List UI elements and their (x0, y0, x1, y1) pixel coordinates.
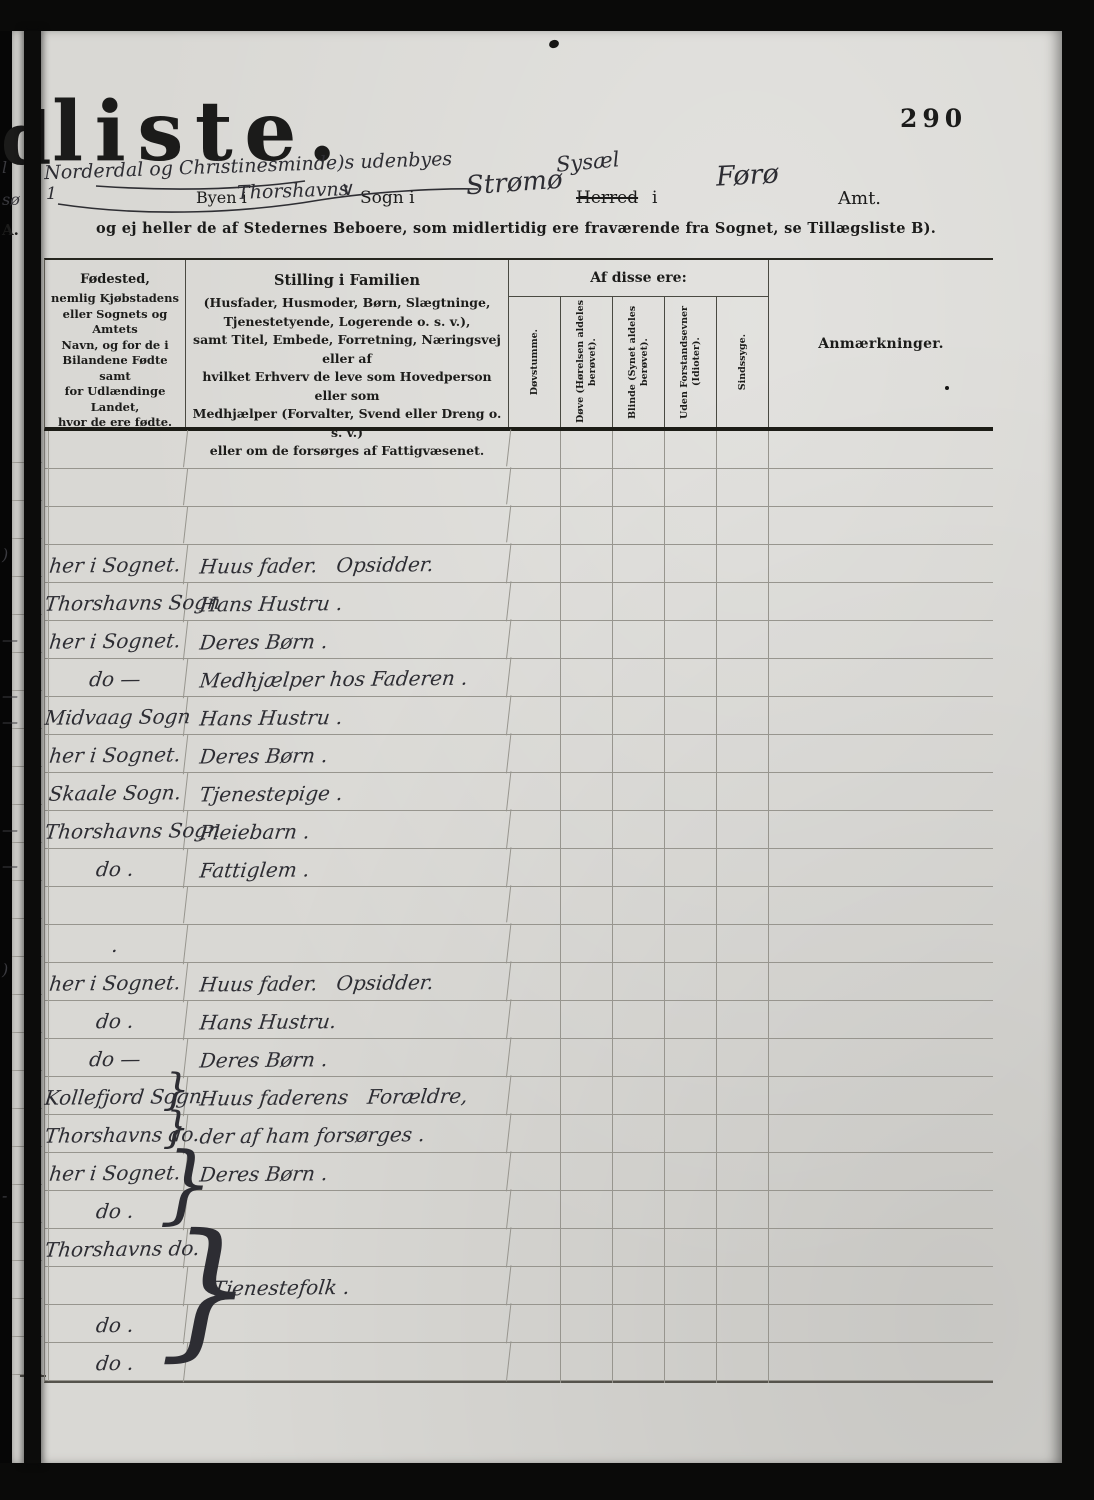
header-narrow-column: Blinde (Synet aldeles berøvet). (613, 297, 665, 427)
remarks-cell (769, 1229, 993, 1269)
table-row: do .Fattiglem . (45, 849, 993, 887)
birthplace-cell (43, 430, 188, 468)
tally-cell (717, 963, 769, 1003)
position-cell: Deres Børn . (184, 1151, 512, 1194)
tally-cell (613, 963, 665, 1003)
tally-cell (665, 1153, 717, 1193)
tally-cell (717, 1191, 769, 1231)
table-row: her i Sognet.Deres Børn . (45, 621, 993, 659)
tally-cell (665, 1191, 717, 1231)
position-cell: der af ham forsørges . (184, 1113, 512, 1156)
tally-cell (665, 1267, 717, 1307)
birthplace-cell: Thorshavns Sogn (43, 810, 189, 851)
tally-cell (561, 697, 613, 737)
header-birthplace-line: nemlig Kjøbstadens (45, 291, 185, 307)
tally-cell (665, 697, 717, 737)
birthplace-cell: her i Sognet. (43, 962, 189, 1003)
tally-cell (509, 735, 561, 775)
tally-cell (665, 849, 717, 889)
header-position-l3a: samt (193, 332, 232, 347)
tally-cell (613, 811, 665, 851)
tally-cell (509, 659, 561, 699)
header-birthplace-line: Bilandene Fødte samt (45, 353, 185, 384)
tally-cell (509, 621, 561, 661)
note-text: og ej heller de af Stedernes Beboere, so… (96, 220, 936, 237)
tally-cell (561, 1229, 613, 1269)
table-row: Midvaag SognHans Hustru . (45, 697, 993, 735)
tally-cell (665, 773, 717, 813)
tally-cell (665, 1039, 717, 1079)
tally-cell (665, 431, 717, 468)
tally-cell (717, 773, 769, 813)
birthplace-cell: her i Sognet. (43, 734, 189, 775)
tally-cell (509, 1077, 561, 1117)
header-narrow-column: Uden Forstandsevner (Idioter). (665, 297, 717, 427)
remarks-cell (769, 1191, 993, 1231)
header-birthplace: Fødested, nemlig Kjøbstadenseller Sognet… (45, 260, 186, 427)
tally-cell (717, 621, 769, 661)
header-af-disse-ere: Af disse ere: (509, 260, 769, 297)
tally-cell (613, 659, 665, 699)
tally-cell (717, 1039, 769, 1079)
margin-fragment: — (2, 856, 18, 875)
table-row: her i Sognet.Huus fader. Opsidder. (45, 545, 993, 583)
birthplace-cell (43, 506, 188, 544)
tally-cell (561, 773, 613, 813)
header-position-l2: Tjenestetyende, Logerende o. s. v.), (224, 314, 471, 329)
remarks-cell (769, 887, 993, 924)
book-binding-shadow (24, 31, 41, 1463)
tally-cell (665, 545, 717, 585)
tally-cell (717, 1153, 769, 1193)
tally-cell (613, 773, 665, 813)
tally-cell (665, 1001, 717, 1041)
tally-cell (509, 963, 561, 1003)
remarks-cell (769, 1343, 993, 1383)
tally-cell (509, 1305, 561, 1345)
tally-cell (717, 925, 769, 965)
tally-cell (509, 773, 561, 813)
birthplace-cell (43, 468, 188, 506)
table-row: her i Sognet.Deres Børn . (45, 735, 993, 773)
table-row: do .Hans Hustru. (45, 1001, 993, 1039)
birthplace-cell: Midvaag Sogn (43, 696, 189, 737)
tally-cell (561, 963, 613, 1003)
birthplace-cell: do — (43, 658, 189, 699)
birthplace-cell: do . (43, 848, 189, 889)
remarks-cell (769, 621, 993, 661)
table-row: her i Sognet.Huus fader. Opsidder. (45, 963, 993, 1001)
position-cell: Medhjælper hos Faderen . (184, 657, 512, 700)
header-position-l3b: Titel, Embede, Forretning, Næringsvej el… (232, 332, 501, 366)
tally-cell (509, 1001, 561, 1041)
tally-cell (613, 1191, 665, 1231)
tally-cell (509, 545, 561, 585)
tally-cell (509, 1115, 561, 1155)
tally-cell (613, 697, 665, 737)
tally-cell (665, 583, 717, 623)
birthplace-cell: her i Sognet. (43, 544, 189, 585)
tally-cell (665, 659, 717, 699)
tally-cell (561, 735, 613, 775)
census-table: Fødested, nemlig Kjøbstadenseller Sognet… (44, 258, 993, 1383)
header-narrow-column-label: Blinde (Synet aldeles berøvet). (627, 300, 651, 424)
tally-cell (509, 1191, 561, 1231)
tally-cell (665, 735, 717, 775)
position-cell: Deres Børn . (184, 733, 512, 776)
handwritten-town: Thorshavns (237, 178, 349, 204)
tally-cell (613, 1229, 665, 1269)
table-row: do —Medhjælper hos Faderen . (45, 659, 993, 697)
remarks-cell (769, 735, 993, 775)
header-narrow-column-label: Døvstumme. (529, 329, 541, 395)
remarks-cell (769, 1153, 993, 1193)
tally-cell (665, 1115, 717, 1155)
tally-cell (561, 1343, 613, 1383)
position-cell: Hans Hustru. (184, 999, 512, 1042)
position-cell: Hans Hustru . (184, 695, 512, 738)
margin-fragment: - (2, 1186, 7, 1205)
tally-cell (561, 849, 613, 889)
birthplace-cell (43, 886, 188, 924)
tally-cell (717, 431, 769, 468)
insertion-caret: ∨ (341, 178, 355, 200)
tally-cell (561, 621, 613, 661)
tally-cell (509, 507, 561, 544)
header-position-l4a: hvilket Erhverv de leve (202, 369, 362, 384)
remarks-cell (769, 583, 993, 623)
header-position-l1: (Husfader, Husmoder, Børn, Slægtninge, (204, 295, 491, 310)
scanned-census-page: d liste. 290 Norderdal og Christinesmind… (0, 0, 1094, 1500)
position-cell: Fattiglem . (184, 847, 512, 890)
position-cell (184, 429, 512, 469)
birthplace-cell: Skaale Sogn. (43, 772, 189, 813)
tally-cell (665, 1305, 717, 1345)
tally-cell (509, 887, 561, 924)
header-narrow-column-label: Sindssyge. (737, 334, 749, 390)
remarks-cell (769, 431, 993, 468)
remarks-cell (769, 1305, 993, 1345)
remarks-cell (769, 1267, 993, 1307)
tally-cell (561, 887, 613, 924)
header-birthplace-line: hvor de ere fødte. (45, 415, 185, 431)
tally-cell (509, 1267, 561, 1307)
tally-cell (509, 431, 561, 468)
tally-cell (665, 925, 717, 965)
table-row (45, 469, 993, 507)
margin-fragment: — (2, 686, 18, 705)
birthplace-cell: . (43, 924, 189, 965)
tally-cell (665, 507, 717, 544)
tally-cell (613, 1267, 665, 1307)
header-narrow-column-label: Uden Forstandsevner (Idioter). (679, 300, 703, 424)
tally-cell (613, 1001, 665, 1041)
tally-cell (717, 735, 769, 775)
header-birthplace-line: eller Sognets og Amtets (45, 307, 185, 338)
tally-cell (717, 1267, 769, 1307)
tally-cell (509, 849, 561, 889)
birthplace-cell: Thorshavns Sogn (43, 582, 189, 623)
tally-cell (509, 1153, 561, 1193)
tally-cell (509, 1343, 561, 1383)
table-row: Thorshavns SognPleiebarn . (45, 811, 993, 849)
position-cell: Hans Hustru . (184, 581, 512, 624)
grouping-brace: } (159, 1223, 193, 1356)
table-header: Fødested, nemlig Kjøbstadenseller Sognet… (44, 258, 993, 431)
position-cell: Tjenestepige . (184, 771, 512, 814)
tally-cell (665, 887, 717, 924)
tally-cell (561, 583, 613, 623)
tally-cell (613, 621, 665, 661)
tally-cell (561, 811, 613, 851)
handwritten-amt-name: Førø (715, 158, 779, 192)
handwriting-flourish (0, 148, 780, 218)
tally-cell (561, 659, 613, 699)
header-birthplace-line: Navn, og for de i (45, 338, 185, 354)
tally-cell (509, 1039, 561, 1079)
remarks-cell (769, 1115, 993, 1155)
remarks-cell (769, 849, 993, 889)
margin-fragment: ) (2, 545, 8, 564)
tally-cell (561, 1305, 613, 1345)
tally-cell (613, 1039, 665, 1079)
tally-cell (717, 697, 769, 737)
tally-cell (613, 469, 665, 506)
tally-cell (561, 469, 613, 506)
tally-cell (665, 811, 717, 851)
tally-cell (561, 1153, 613, 1193)
position-cell (184, 505, 512, 545)
tally-cell (717, 583, 769, 623)
header-birthplace-lines: nemlig Kjøbstadenseller Sognets og Amtet… (45, 291, 185, 431)
tally-cell (717, 1077, 769, 1117)
position-cell (184, 467, 512, 507)
tally-cell (717, 659, 769, 699)
remarks-cell (769, 1001, 993, 1041)
birthplace-cell: her i Sognet. (43, 620, 189, 661)
remarks-cell (769, 507, 993, 544)
scan-border-right (1062, 0, 1094, 1500)
tally-cell (613, 583, 665, 623)
remarks-cell (769, 545, 993, 585)
note-prefix: A. (2, 221, 19, 239)
tally-cell (561, 1077, 613, 1117)
scan-border-bottom (0, 1463, 1094, 1500)
tally-cell (717, 469, 769, 506)
table-row: Skaale Sogn.Tjenestepige . (45, 773, 993, 811)
tally-cell (613, 431, 665, 468)
tally-cell (613, 925, 665, 965)
tally-cell (561, 925, 613, 965)
tally-cell (509, 697, 561, 737)
tally-cell (509, 925, 561, 965)
tally-cell (717, 1001, 769, 1041)
table-row: Thorshavns SognHans Hustru . (45, 583, 993, 621)
tally-cell (613, 507, 665, 544)
header-narrow-column: Døvstumme. (509, 297, 561, 427)
position-cell: Huus fader. Opsidder. (184, 961, 512, 1004)
page-number: 290 (900, 104, 967, 133)
position-cell: Deres Børn . (184, 619, 512, 662)
table-body: her i Sognet.Huus fader. Opsidder.Thorsh… (44, 431, 993, 1383)
remarks-cell (769, 469, 993, 506)
remarks-cell (769, 925, 993, 965)
position-cell (184, 923, 512, 966)
tally-cell (665, 963, 717, 1003)
tally-cell (665, 621, 717, 661)
header-remarks: Anmærkninger. (769, 260, 993, 427)
tally-cell (613, 735, 665, 775)
remarks-cell (769, 659, 993, 699)
margin-fragment: — (2, 820, 18, 839)
remarks-cell (769, 773, 993, 813)
scan-border-top (0, 0, 1094, 31)
tally-cell (665, 469, 717, 506)
tally-cell (509, 1229, 561, 1269)
tally-cell (613, 1153, 665, 1193)
tally-cell (717, 887, 769, 924)
tally-cell (561, 431, 613, 468)
tally-cell (717, 545, 769, 585)
birthplace-cell: do . (43, 1000, 189, 1041)
tally-cell (717, 849, 769, 889)
tally-cell (561, 545, 613, 585)
position-cell: Huus fader. Opsidder. (184, 543, 512, 586)
tally-cell (613, 849, 665, 889)
header-position-title: Stilling i Familien (186, 272, 508, 289)
tally-cell (561, 1039, 613, 1079)
table-row (45, 507, 993, 545)
tally-cell (561, 1191, 613, 1231)
printed-amt: Amt. (838, 188, 881, 209)
tally-cell (509, 583, 561, 623)
tally-cell (561, 1115, 613, 1155)
table-row (45, 887, 993, 925)
tally-cell (665, 1229, 717, 1269)
tally-cell (717, 1343, 769, 1383)
header-birthplace-line: for Udlændinge Landet, (45, 384, 185, 415)
margin-fragment: — (2, 712, 18, 731)
tally-cell (613, 887, 665, 924)
table-row (45, 431, 993, 469)
position-cell: Pleiebarn . (184, 809, 512, 852)
position-cell (184, 885, 512, 925)
position-cell: Huus faderens Forældre, (184, 1075, 512, 1118)
tally-cell (717, 811, 769, 851)
tally-cell (613, 1305, 665, 1345)
tally-cell (665, 1077, 717, 1117)
tally-cell (717, 1115, 769, 1155)
tally-cell (613, 1343, 665, 1383)
table-row: . (45, 925, 993, 963)
header-position: Stilling i Familien (Husfader, Husmoder,… (186, 260, 509, 427)
remarks-cell (769, 963, 993, 1003)
header-narrow-column: Døve (Hørelsen aldeles berøvet). (561, 297, 613, 427)
tally-cell (717, 507, 769, 544)
tally-cell (613, 1115, 665, 1155)
remarks-cell (769, 1039, 993, 1079)
position-cell: Deres Børn . (184, 1037, 512, 1080)
tally-cell (613, 1077, 665, 1117)
tally-cell (509, 811, 561, 851)
margin-fragment: — (2, 630, 18, 649)
tally-cell (561, 1267, 613, 1307)
header-narrow-column-label: Døve (Hørelsen aldeles berøvet). (575, 300, 599, 424)
header-birthplace-title: Fødested, (45, 272, 185, 287)
margin-fragment: ) (2, 960, 8, 979)
remarks-cell (769, 1077, 993, 1117)
tally-cell (613, 545, 665, 585)
header-narrow-column: Sindssyge. (717, 297, 769, 427)
tally-cell (561, 1001, 613, 1041)
tally-cell (561, 507, 613, 544)
tally-cell (717, 1229, 769, 1269)
tally-cell (717, 1305, 769, 1345)
remarks-cell (769, 811, 993, 851)
tally-cell (665, 1343, 717, 1383)
remarks-cell (769, 697, 993, 737)
tally-cell (509, 469, 561, 506)
